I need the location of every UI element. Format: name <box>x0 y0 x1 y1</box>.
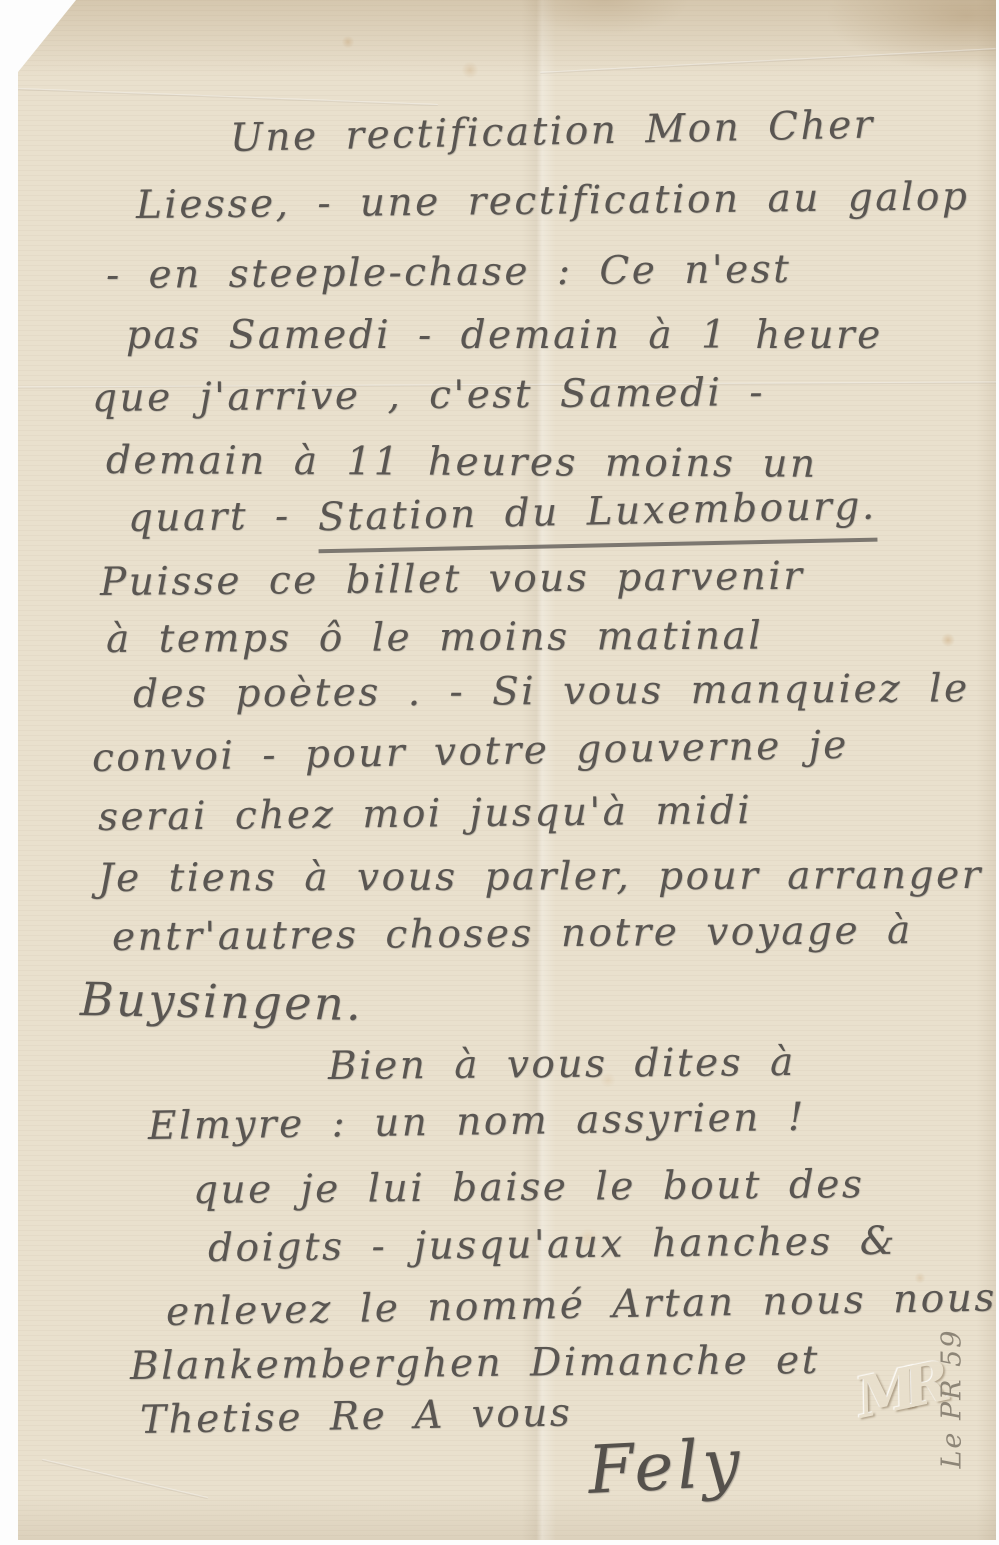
letter-line-8: Puisse ce billet vous parvenir <box>100 554 805 605</box>
letter-line-15: Buysingen. <box>80 972 364 1031</box>
letter-line-22: Thetise Re A vous <box>140 1390 573 1443</box>
pencil-inventory-mark: Le PR 59 <box>937 1351 968 1469</box>
letter-line-3: - en steeple-chase : Ce n'est <box>106 247 792 298</box>
signature: Fely <box>586 1424 745 1509</box>
letter-line-10: des poètes . - Si vous manquiez le <box>133 666 970 717</box>
scan-edge <box>0 1540 999 1545</box>
underlined-phrase: Station du Luxembourg. <box>317 484 877 554</box>
letter-line-5: que j'arrive , c'est Samedi - <box>92 370 765 421</box>
letter-line-18: que je lui baise le bout des <box>193 1162 865 1213</box>
letter-line-19: doigts - jusqu'aux hanches & <box>208 1219 897 1271</box>
letter-line-7-prefix: quart - <box>128 493 318 541</box>
letter-scan: Une rectification Mon Cher Liesse, - une… <box>0 0 999 1545</box>
letter-line-2: Liesse, - une rectification au galop <box>136 174 970 228</box>
letter-line-9: à temps ô le moins matinal <box>106 614 764 662</box>
letter-line-17: Elmyre : un nom assyrien ! <box>148 1095 806 1149</box>
letter-line-12: serai chez moi jusqu'à midi <box>98 788 753 840</box>
letter-line-6: demain à 11 heures moins un <box>106 438 818 487</box>
letter-line-4: pas Samedi - demain à 1 heure <box>126 313 883 358</box>
letter-line-13: Je tiens à vous parler, pour arranger <box>98 853 983 901</box>
letter-line-16: Bien à vous dites à <box>328 1040 796 1089</box>
letter-line-7: quart - Station du Luxembourg. <box>128 486 877 554</box>
letter-line-14: entr'autres choses notre voyage à <box>112 908 913 960</box>
letter-line-21: Blankemberghen Dimanche et <box>130 1338 820 1389</box>
